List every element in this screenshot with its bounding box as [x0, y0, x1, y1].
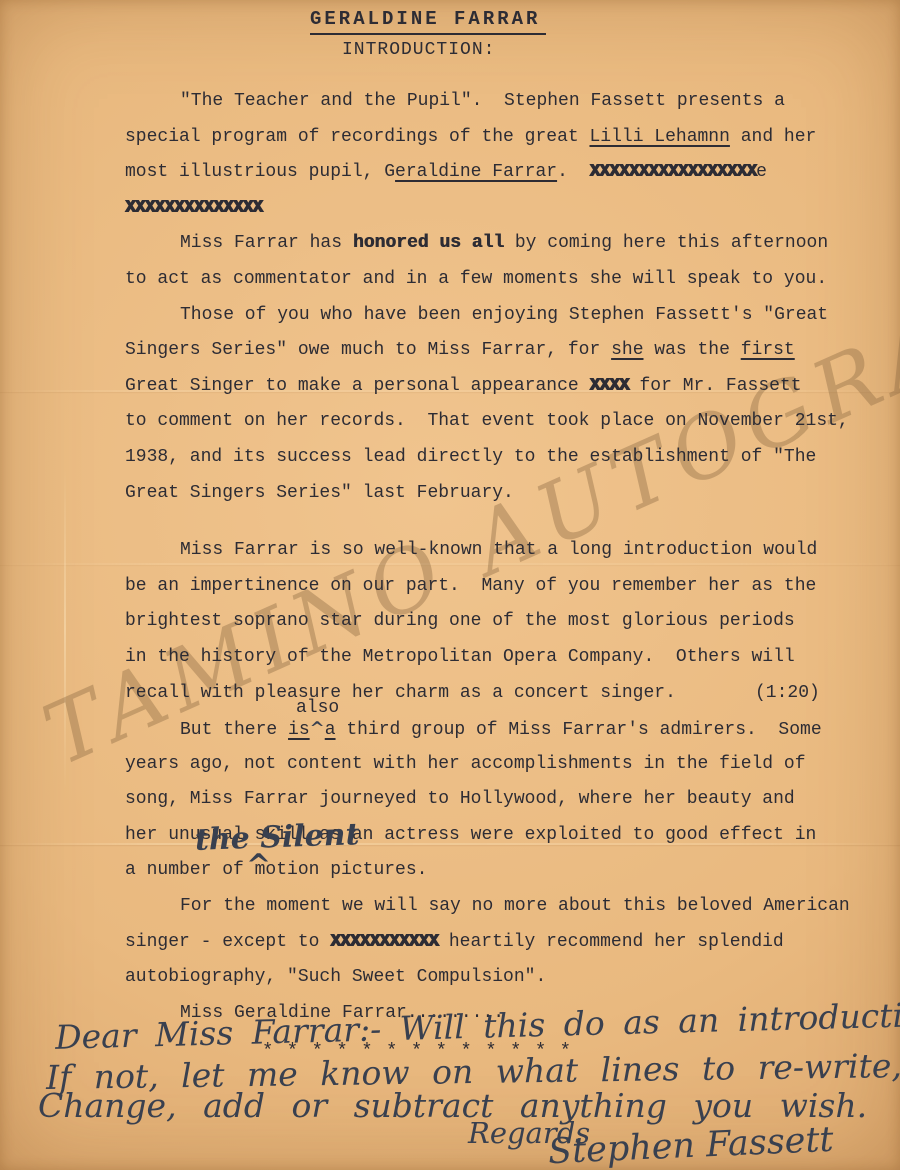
handwritten-signature: Stephen Fassett [547, 1120, 834, 1170]
typed-line: years ago, not content with her accompli… [0, 747, 900, 783]
typed-line: recall with pleasure her charm as a conc… [0, 676, 900, 712]
typed-line: to comment on her records. That event to… [0, 404, 900, 440]
typed-line: For the moment we will say no more about… [0, 889, 900, 925]
typed-insertion-also: also [296, 698, 339, 718]
typed-line: her unusual skill as an actress were exp… [0, 818, 900, 854]
typed-body: "The Teacher and the Pupil". Stephen Fas… [0, 84, 900, 1031]
typed-line: XXXXXXXXXXXXXX [0, 191, 900, 227]
typed-line: to act as commentator and in a few momen… [0, 262, 900, 298]
typed-line: 1938, and its success lead directly to t… [0, 440, 900, 476]
typed-line: special program of recordings of the gre… [0, 120, 900, 156]
typed-line: most illustrious pupil, Geraldine Farrar… [0, 155, 900, 191]
typed-line: autobiography, "Such Sweet Compulsion". [0, 960, 900, 996]
document-subtitle: INTRODUCTION: [342, 40, 495, 60]
typed-line: brightest soprano star during one of the… [0, 604, 900, 640]
typed-line: Miss Farrar is so well-known that a long… [0, 533, 900, 569]
typed-line: Miss Farrar has honored us all by coming… [0, 226, 900, 262]
typed-line: Great Singer to make a personal appearan… [0, 369, 900, 405]
typed-line: "The Teacher and the Pupil". Stephen Fas… [0, 84, 900, 120]
handwritten-insertion-the-silent: the Silent [194, 817, 360, 858]
typed-line: Those of you who have been enjoying Step… [0, 298, 900, 334]
typed-line: be an impertinence on our part. Many of … [0, 569, 900, 605]
handwritten-caret: ^ [246, 848, 271, 883]
typed-line: singer - except to XXXXXXXXXXX heartily … [0, 925, 900, 961]
document-title: GERALDINE FARRAR [310, 8, 546, 35]
typed-line: Great Singers Series" last February. [0, 476, 900, 512]
typed-line: a number of motion pictures. [0, 853, 900, 889]
scanned-letter-page: TAMINO AUTOGRAPHS GERALDINE FARRAR INTRO… [0, 0, 900, 1170]
typed-line: song, Miss Farrar journeyed to Hollywood… [0, 782, 900, 818]
typed-line: But there is^a third group of Miss Farra… [0, 711, 900, 747]
typed-line: Singers Series" owe much to Miss Farrar,… [0, 333, 900, 369]
typed-line: in the history of the Metropolitan Opera… [0, 640, 900, 676]
handwritten-note-line-3: Change, add or subtract anything you wis… [38, 1086, 867, 1125]
